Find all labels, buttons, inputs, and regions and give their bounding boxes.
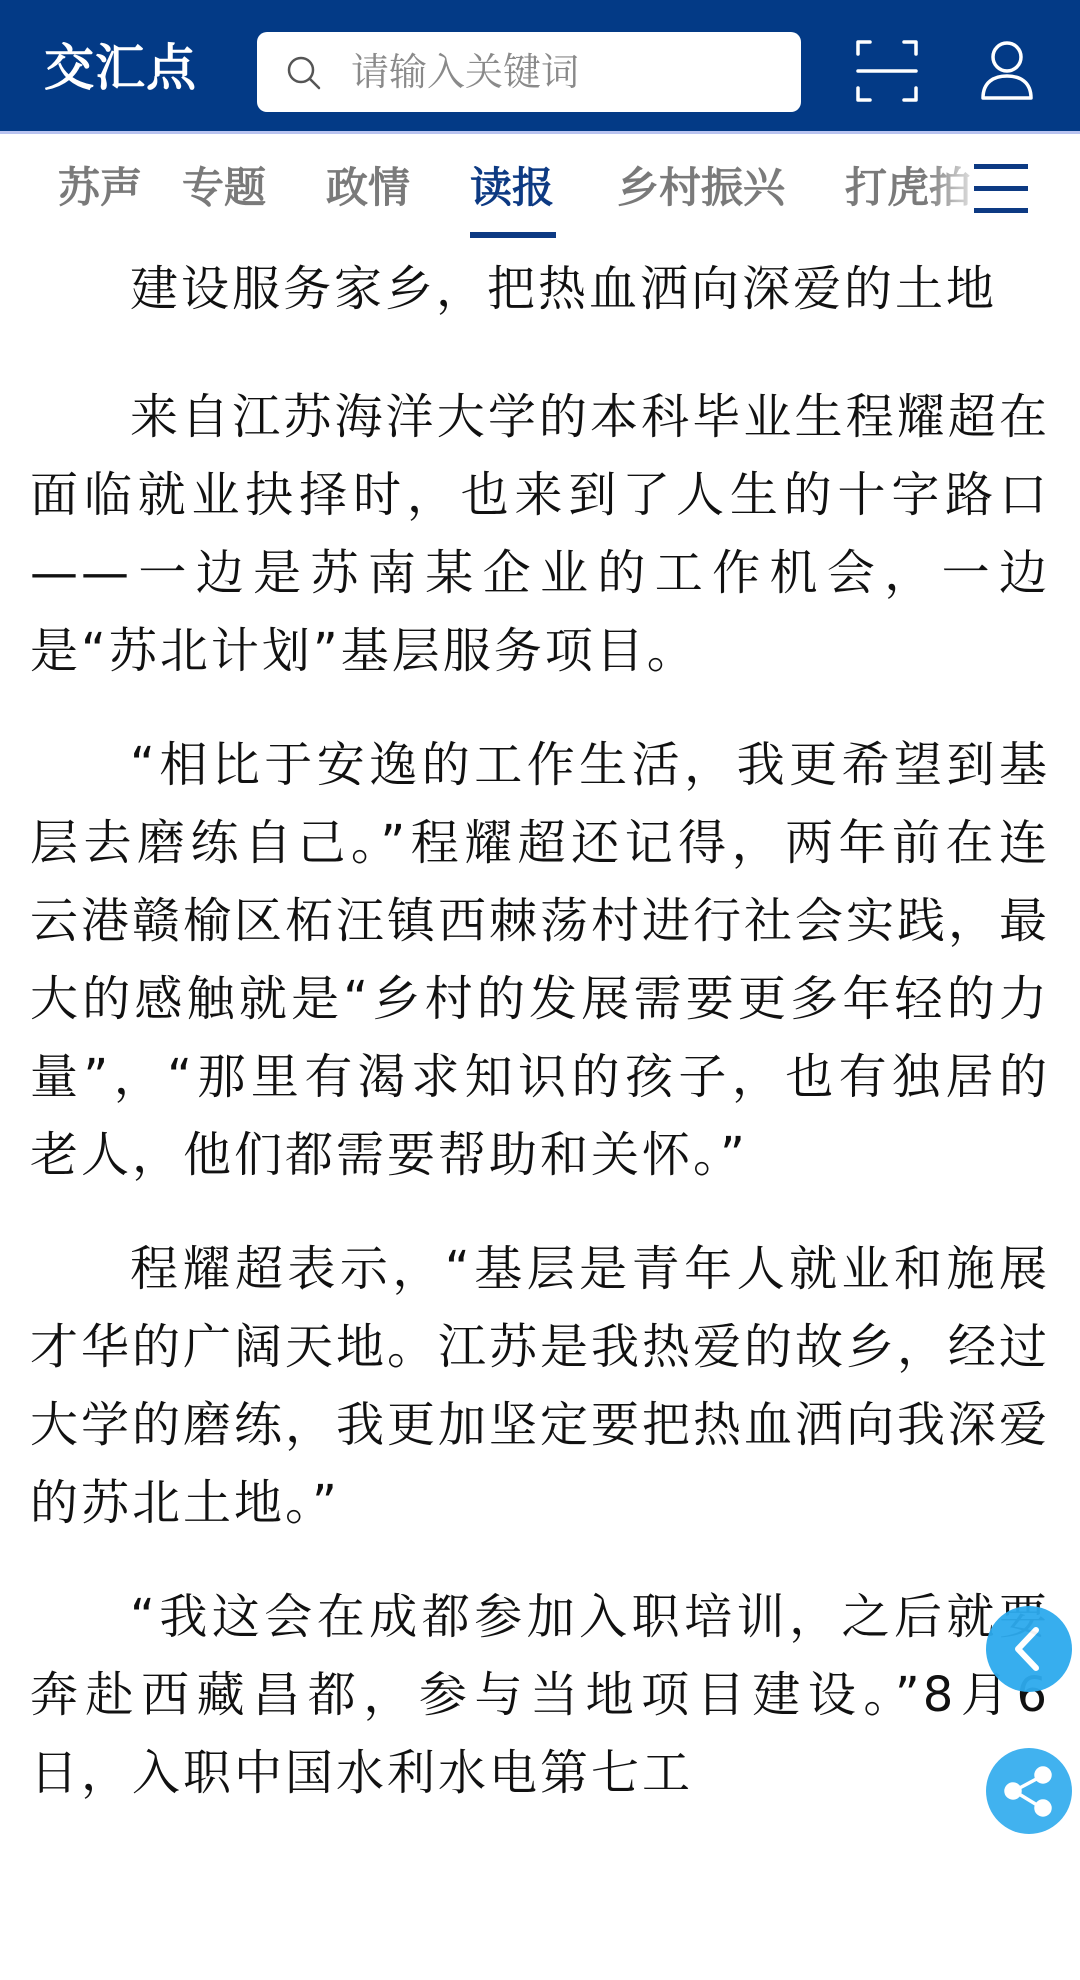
app-logo[interactable]: 交汇点	[44, 38, 197, 98]
share-button[interactable]	[986, 1748, 1072, 1834]
article-paragraph: 来自江苏海洋大学的本科毕业生程耀超在面临就业抉择时，也来到了人生的十字路口——一…	[30, 378, 1050, 690]
menu-icon[interactable]	[974, 160, 1028, 216]
article-paragraph: “我这会在成都参加入职培训，之后就要奔赴西藏昌都，参与当地项目建设。”8月6日，…	[30, 1578, 1050, 1812]
back-button[interactable]	[986, 1606, 1072, 1692]
article-paragraph: “相比于安逸的工作生活，我更希望到基层去磨练自己。”程耀超还记得，两年前在连云港…	[30, 726, 1050, 1194]
chevron-left-icon	[986, 1606, 1072, 1692]
article-body: 建设服务家乡，把热血洒向深爱的土地 来自江苏海洋大学的本科毕业生程耀超在面临就业…	[30, 250, 1050, 1848]
tab-susheng[interactable]: 苏声	[58, 162, 142, 214]
user-icon[interactable]	[980, 40, 1034, 102]
active-tab-indicator	[470, 232, 556, 238]
tab-dubao[interactable]: 读报	[470, 162, 554, 214]
article-subheading: 建设服务家乡，把热血洒向深爱的土地	[30, 250, 1050, 328]
scan-icon[interactable]	[856, 40, 918, 102]
search-box[interactable]	[257, 32, 801, 112]
top-header: 交汇点	[0, 0, 1080, 134]
article-paragraph: 程耀超表示，“基层是青年人就业和施展才华的广阔天地。江苏是我热爱的故乡，经过大学…	[30, 1230, 1050, 1542]
channel-tabs: 苏声 专题 政情 读报 乡村振兴 打虎拍	[0, 134, 1080, 244]
tab-zhengqing[interactable]: 政情	[326, 162, 410, 214]
search-input[interactable]	[351, 32, 781, 112]
share-icon	[986, 1748, 1072, 1834]
search-icon	[285, 54, 323, 92]
tab-zhuanti[interactable]: 专题	[182, 162, 266, 214]
tab-xiangcun-zhenxing[interactable]: 乡村振兴	[617, 162, 785, 214]
